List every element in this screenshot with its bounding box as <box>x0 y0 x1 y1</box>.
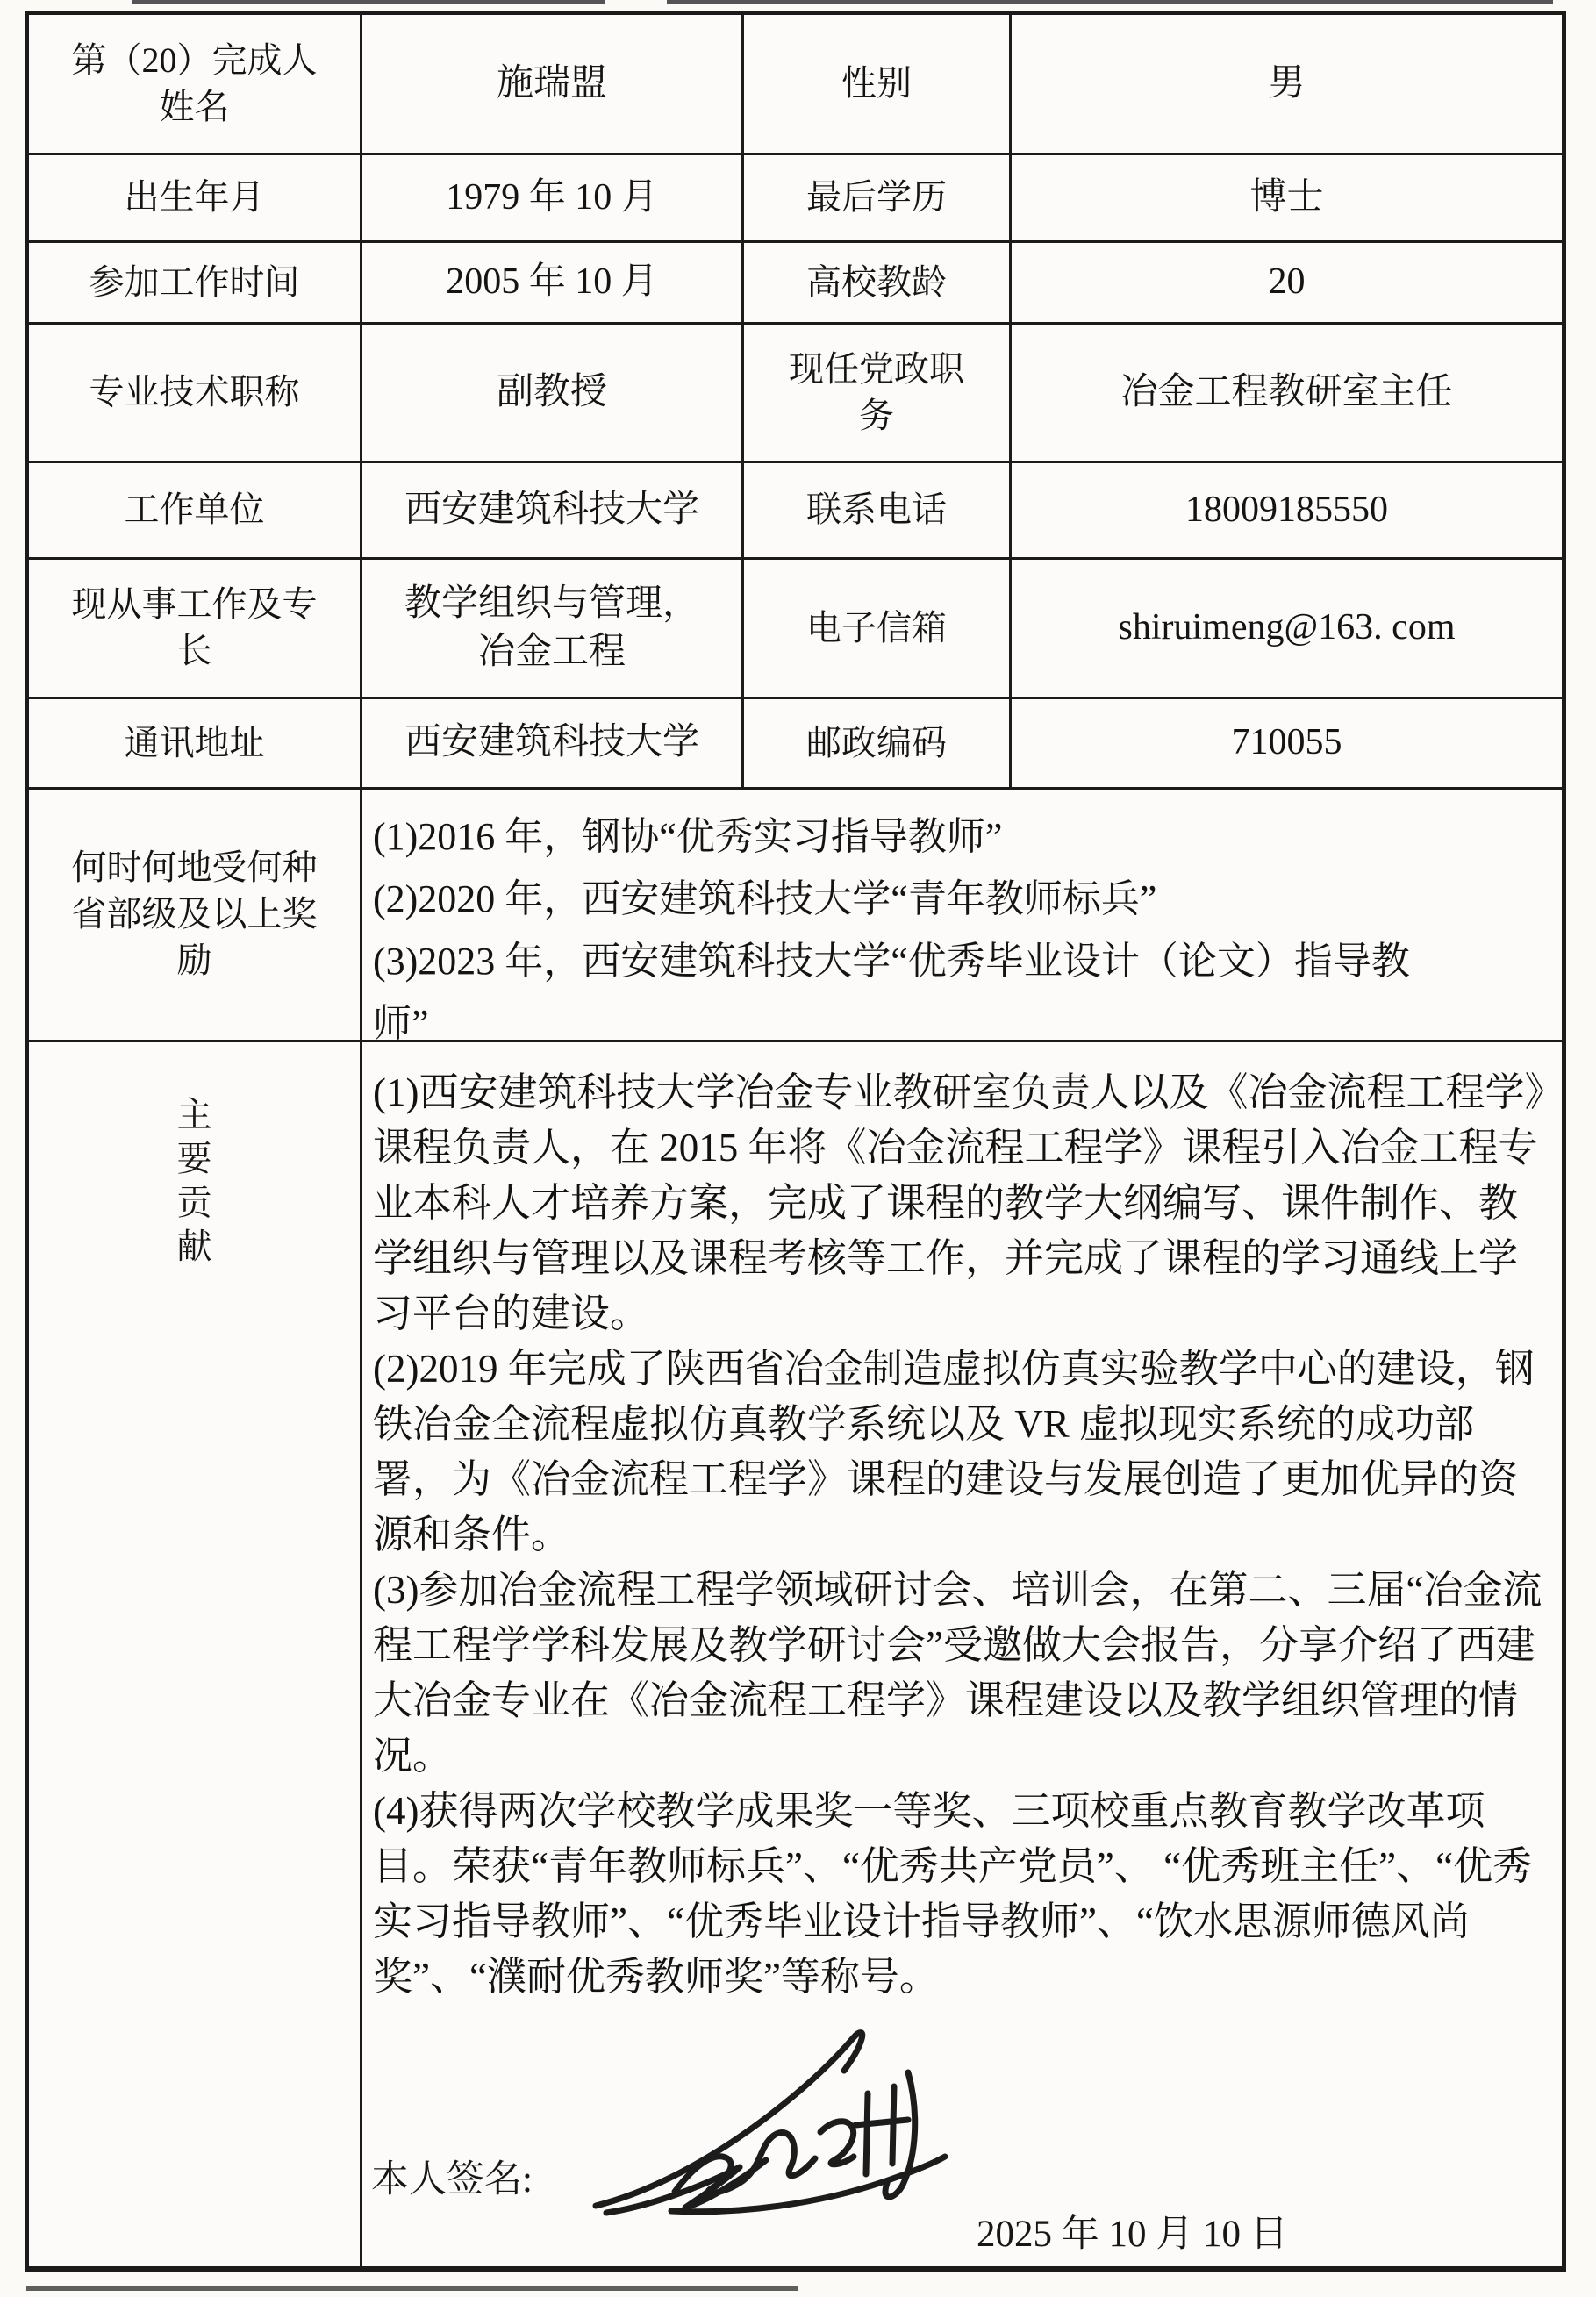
row-address-zip: 通讯地址 西安建筑科技大学 邮政编码 710055 <box>29 699 1562 790</box>
completer-name-value: 施瑞盟 <box>362 15 744 153</box>
current-work-label: 现从事工作及专 长 <box>29 560 362 697</box>
employer-value: 西安建筑科技大学 <box>362 463 744 557</box>
awards-label: 何时何地受何种 省部级及以上奖 励 <box>29 790 362 1040</box>
phone-label: 联系电话 <box>744 463 1012 557</box>
row-currentwork-email: 现从事工作及专 长 教学组织与管理， 冶金工程 电子信箱 shiruimeng@… <box>29 560 1562 699</box>
mail-address-label: 通讯地址 <box>29 699 362 787</box>
completer-name-label: 第（20）完成人 姓名 <box>29 15 362 153</box>
work-start-value: 2005 年 10 月 <box>362 243 744 322</box>
main-contributions-text: (1)西安建筑科技大学冶金专业教研室负责人以及《冶金流程工程学》课程负责人，在 … <box>373 1065 1548 2005</box>
row-title-position: 专业技术职称 副教授 现任党政职 务 冶金工程教研室主任 <box>29 325 1562 463</box>
work-start-label: 参加工作时间 <box>29 243 362 322</box>
row-main-contributions: 主 要 贡 献 (1)西安建筑科技大学冶金专业教研室负责人以及《冶金流程工程学》… <box>29 1042 1562 2266</box>
row-birth-education: 出生年月 1979 年 10 月 最后学历 博士 <box>29 155 1562 243</box>
birth-date-label: 出生年月 <box>29 155 362 240</box>
professional-title-label: 专业技术职称 <box>29 325 362 461</box>
last-degree-value: 博士 <box>1012 155 1562 240</box>
signature-label: 本人签名: <box>371 2150 533 2203</box>
employer-label: 工作单位 <box>29 463 362 557</box>
phone-value: 18009185550 <box>1012 463 1562 557</box>
signature-date: 2025 年 10 月 10 日 <box>977 2204 1288 2258</box>
main-contributions-label: 主 要 贡 献 <box>29 1042 362 2266</box>
scan-artifact-top-right <box>667 0 1553 4</box>
teaching-age-value: 20 <box>1012 243 1562 322</box>
main-contributions-cell: (1)西安建筑科技大学冶金专业教研室负责人以及《冶金流程工程学》课程负责人，在 … <box>362 1042 1562 2266</box>
email-value: shiruimeng@163. com <box>1012 560 1562 697</box>
zip-code-label: 邮政编码 <box>744 699 1012 787</box>
scan-artifact-bottom <box>26 2286 798 2291</box>
party-position-value: 冶金工程教研室主任 <box>1012 325 1562 461</box>
scanned-form-page: 第（20）完成人 姓名 施瑞盟 性别 男 出生年月 1979 年 10 月 最后… <box>0 0 1596 2297</box>
row-employer-phone: 工作单位 西安建筑科技大学 联系电话 18009185550 <box>29 463 1562 560</box>
last-degree-label: 最后学历 <box>744 155 1012 240</box>
current-work-value: 教学组织与管理， 冶金工程 <box>362 560 744 697</box>
gender-value: 男 <box>1012 15 1562 153</box>
row-awards: 何时何地受何种 省部级及以上奖 励 (1)2016 年，钢协“优秀实习指导教师”… <box>29 790 1562 1042</box>
awards-text: (1)2016 年，钢协“优秀实习指导教师” (2)2020 年，西安建筑科技大… <box>362 790 1562 1040</box>
party-position-label: 现任党政职 务 <box>744 325 1012 461</box>
scan-artifact-top-left <box>132 0 605 4</box>
row-completer-name: 第（20）完成人 姓名 施瑞盟 性别 男 <box>29 15 1562 155</box>
handwritten-signature-scribble <box>590 2027 968 2220</box>
birth-date-value: 1979 年 10 月 <box>362 155 744 240</box>
mail-address-value: 西安建筑科技大学 <box>362 699 744 787</box>
personnel-form-table: 第（20）完成人 姓名 施瑞盟 性别 男 出生年月 1979 年 10 月 最后… <box>25 11 1566 2272</box>
email-label: 电子信箱 <box>744 560 1012 697</box>
zip-code-value: 710055 <box>1012 699 1562 787</box>
row-workstart-teachage: 参加工作时间 2005 年 10 月 高校教龄 20 <box>29 243 1562 325</box>
teaching-age-label: 高校教龄 <box>744 243 1012 322</box>
gender-label: 性别 <box>744 15 1012 153</box>
professional-title-value: 副教授 <box>362 325 744 461</box>
